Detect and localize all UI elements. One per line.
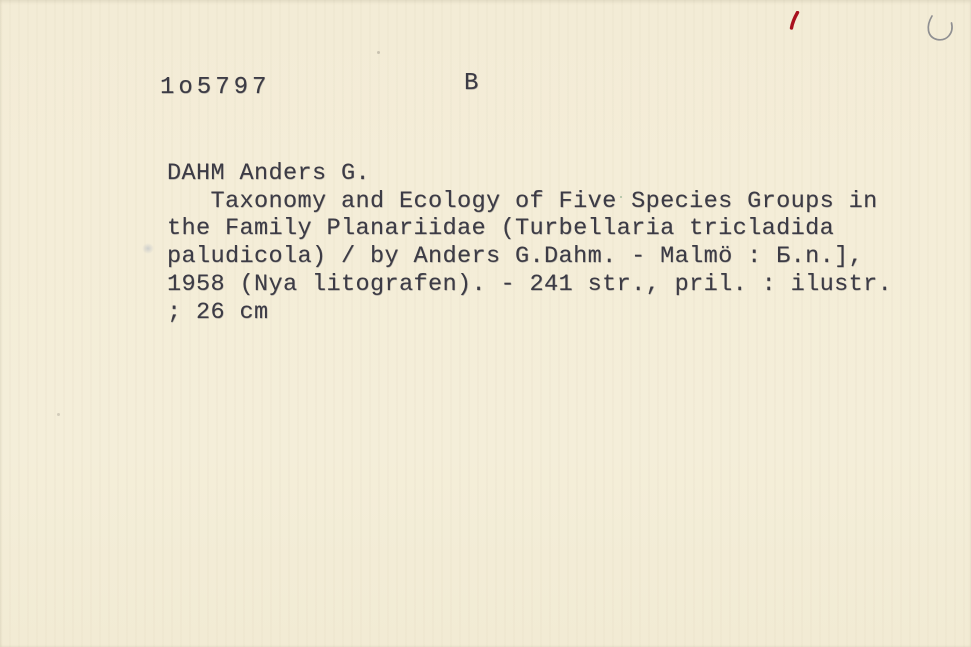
paper-speck <box>57 413 60 416</box>
paper-speck <box>377 51 380 54</box>
paper-speck <box>620 196 622 198</box>
classification-letter: B <box>464 70 478 97</box>
red-tick-mark <box>787 11 801 30</box>
entry-imprint-line-2: 1958 (Nya litografen). - 241 str., pril.… <box>167 271 892 299</box>
entry-heading-author: DAHM Anders G. <box>167 160 892 188</box>
entry-imprint-line-1: paludicola) / by Anders G.Dahm. - Malmö … <box>167 243 892 271</box>
entry-title-line-1: Taxonomy and Ecology of Five Species Gro… <box>167 188 892 216</box>
entry-title-line-2: the Family Planariidae (Turbellaria tric… <box>167 215 892 243</box>
entry-dimensions: ; 26 cm <box>167 299 892 327</box>
call-number: 1o5797 <box>160 74 270 101</box>
pencil-curve-mark <box>924 14 960 46</box>
catalog-entry: DAHM Anders G. Taxonomy and Ecology of F… <box>167 160 892 326</box>
catalog-card: 1o5797 B DAHM Anders G. Taxonomy and Eco… <box>0 0 971 647</box>
ink-smudge <box>142 243 154 254</box>
